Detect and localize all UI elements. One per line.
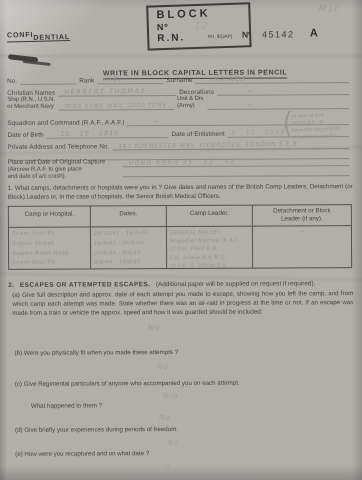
- christian-names-field: HERBERT THOMAS: [58, 86, 176, 97]
- answer-2e: //: [164, 461, 171, 470]
- cell-detachment: —: [253, 226, 351, 268]
- confidential-part2: DENTIAL: [33, 32, 70, 42]
- unit-value: —: [247, 101, 255, 109]
- question-2d-text: (d) Give briefly your experiences during…: [15, 425, 354, 436]
- dob-value: 15 . 10 . 1919: [61, 129, 120, 138]
- header-camp-or-hospital: Camp or Hospital.: [9, 206, 91, 226]
- dob-field: 15 . 10 . 1919: [47, 128, 169, 139]
- rank-value: A.B.: [103, 75, 122, 83]
- capture-label-line1: Place and Date of Original Capture: [8, 158, 120, 166]
- question-2c-what-happened-text: What happened to them ?: [31, 401, 354, 411]
- question-1-text: 1. What camps, detachments or hospitals …: [8, 183, 353, 202]
- handwritten-class-mark: M1c: [319, 4, 341, 14]
- unit-label-line2: (Army): [177, 103, 204, 110]
- stamp-line-rn: R.N.: [157, 30, 249, 44]
- unit-field: —: [207, 99, 349, 110]
- header-dates: Dates.: [91, 206, 167, 226]
- question-2e-text: (e) How were you recaptured and on what …: [15, 449, 354, 460]
- section-2-heading: 2. ESCAPES OR ATTEMPTED ESCAPES. (Additi…: [8, 280, 353, 289]
- camps-table: Camp or Hospital. Dates. Camp Leader. De…: [8, 204, 352, 270]
- ship-label: Ship (R.N., U.S.N. or Merchant Navy: [7, 97, 55, 111]
- surname-field: HAINES: [196, 73, 350, 84]
- question-2a-text: (a) Give full description and approx. da…: [12, 290, 353, 318]
- serial-number: 45142: [262, 29, 295, 39]
- question-2c-text: (c) Give Regimental particulars of anyon…: [15, 379, 354, 390]
- detachment-row-1: —: [256, 228, 348, 239]
- surname-label: Surname: [166, 77, 192, 84]
- capture-value: HONG KONG 25 . 12 . 41: [129, 159, 236, 167]
- stamp-handwritten-number: 12: [195, 22, 209, 32]
- answer-what-happened: No: [159, 413, 171, 422]
- section-2-title: ESCAPES OR ATTEMPTED ESCAPES.: [20, 281, 151, 289]
- christian-names-value: HERBERT THOMAS: [64, 87, 146, 96]
- capture-label-line3: and date of a/c crash).: [8, 173, 120, 181]
- scanned-form-page: CONFIDENTIAL BLOCK Nº R.N. 12 M.I. 9/(JA…: [0, 0, 362, 480]
- capture-label: Place and Date of Original Capture (Airc…: [8, 158, 120, 180]
- header-detachment-leader: Detachment or Block Leader (if any).: [253, 205, 351, 226]
- row-no-rank-surname: No. Rank A.B. Surname HAINES: [7, 73, 352, 85]
- dates-row-2: 16/4/42 - 26/6/44: [94, 239, 163, 250]
- rank-field: A.B.: [97, 74, 163, 84]
- camps-table-header: Camp or Hospital. Dates. Camp Leader. De…: [9, 205, 351, 228]
- section-2-number: 2.: [8, 282, 14, 289]
- camp-row-2: Argyle Street: [12, 239, 87, 250]
- cell-leaders: GENERAL MALTBY Brigadier Macrae (R.A.) L…: [167, 227, 253, 268]
- ship-field: MING KUNG WAH, 2000 TONS: [58, 100, 174, 111]
- enlistment-label: Date of Enlistment: [171, 131, 224, 138]
- squadron-value: —: [153, 117, 161, 125]
- confidential-part1: CONFI: [7, 30, 34, 40]
- section-2-note: (Additional paper will be supplied on re…: [156, 280, 316, 288]
- decorations-field: —: [217, 85, 349, 96]
- squadron-label: Squadron and Command (R.A.F., A.A.F.): [7, 119, 124, 127]
- unit-label: Unit & Div. (Army): [177, 96, 204, 110]
- header-detachment-line2: Leader (if any).: [253, 215, 351, 223]
- confidential-stamp: CONFIDENTIAL: [7, 29, 70, 42]
- unit-label-line1: Unit & Div.: [177, 96, 204, 103]
- capture-fields: HONG KONG 25 . 12 . 41: [120, 157, 353, 180]
- answer-2b: No: [157, 362, 169, 371]
- form-reference: M.I. 9/(JAP): [208, 34, 232, 39]
- rank-label: Rank: [79, 77, 94, 84]
- serial-no-label: Nº: [242, 30, 251, 40]
- ship-value: MING KUNG WAH, 2000 TONS: [64, 103, 166, 111]
- camps-table-body: Sham Shui Po Argyle Street Bowen Road Ho…: [9, 226, 351, 269]
- ship-label-line2: or Merchant Navy: [7, 104, 55, 111]
- enlistment-value: 8 . 12 . 1939: [232, 128, 286, 137]
- series-letter: A: [310, 27, 318, 39]
- camp-row-4: Sham Shui Po: [12, 259, 87, 269]
- row-ship-unit: Ship (R.N., U.S.N. or Merchant Navy MING…: [7, 95, 352, 111]
- cell-camps: Sham Shui Po Argyle Street Bowen Road Ho…: [9, 227, 91, 268]
- no-label: No.: [7, 78, 17, 85]
- decorations-value: —: [247, 87, 255, 95]
- pencil-scribble-mark: [8, 54, 38, 62]
- dob-label: Date of Birth: [7, 132, 43, 139]
- question-2b-text: (b) Were you physically fit when you mad…: [15, 348, 354, 359]
- answer-2d: No: [167, 438, 179, 447]
- form-content: CONFIDENTIAL BLOCK Nº R.N. 12 M.I. 9/(JA…: [0, 0, 362, 480]
- no-field: [20, 75, 76, 85]
- header-camp-leader: Camp Leader.: [167, 206, 253, 226]
- surname-value: HAINES: [214, 74, 248, 83]
- capture-field-line2: [123, 166, 350, 177]
- capture-block: Place and Date of Original Capture (Airc…: [8, 157, 353, 181]
- answer-2c: N/o: [163, 391, 179, 400]
- margin-pencil-note: on duty at 2nd Flotilla R.N.V.R. knew th…: [291, 111, 360, 142]
- dates-row-4: 9/8/44 - 18/8/45: [94, 258, 163, 268]
- leader-row-5: Lt Col. S. White R.S.: [170, 261, 249, 268]
- cell-dates: 26/12/41 - 16/4/42 16/4/42 - 26/6/44 26/…: [91, 227, 167, 268]
- answer-2a: No: [148, 323, 160, 332]
